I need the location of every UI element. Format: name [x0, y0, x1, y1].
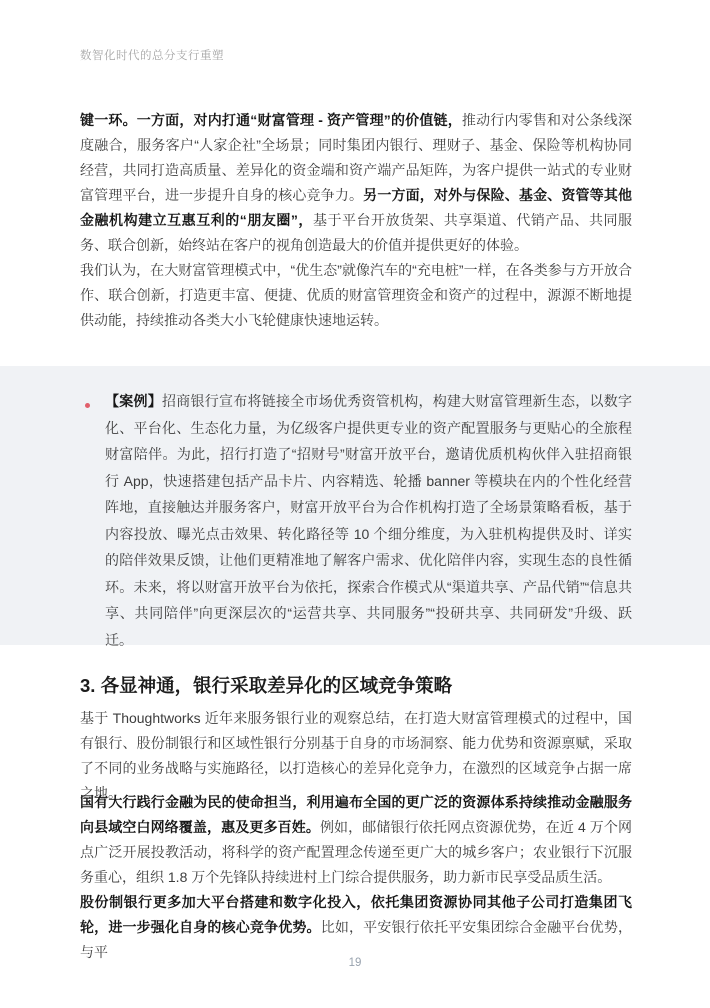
body-paragraph-2: 我们认为，在大财富管理模式中，“优生态”就像汽车的“充电桩”一样，在各类参与方开… [80, 258, 632, 333]
body-paragraph-4: 国有大行践行金融为民的使命担当，利用遍布全国的更广泛的资源体系持续推动金融服务向… [80, 790, 632, 890]
text-segment: 基于 Thoughtworks 近年来服务银行业的观察总结，在打造大财富管理模式… [80, 710, 632, 801]
case-study-callout-box: 【案例】招商银行宣布将链接全市场优秀资管机构，构建大财富管理新生态，以数字化、平… [0, 366, 710, 645]
body-paragraph-1: 键一环。一方面，对内打通“财富管理 - 资产管理”的价值链，推动行内零售和对公条… [80, 108, 632, 258]
text-segment: 我们认为，在大财富管理模式中，“优生态”就像汽车的“充电桩”一样，在各类参与方开… [80, 262, 632, 328]
text-segment: 键一环。一方面，对内打通“财富管理 - 资产管理”的价值链， [80, 112, 462, 128]
case-study-text: 【案例】招商银行宣布将链接全市场优秀资管机构，构建大财富管理新生态，以数字化、平… [105, 388, 632, 653]
body-paragraph-5: 股份制银行更多加大平台搭建和数字化投入，依托集团资源协同其他子公司打造集团飞轮，… [80, 890, 632, 965]
section-heading: 3. 各显神通，银行采取差异化的区域竞争策略 [80, 672, 640, 698]
text-segment: 【案例】 [105, 393, 162, 409]
document-page: 数智化时代的总分支行重塑 键一环。一方面，对内打通“财富管理 - 资产管理”的价… [0, 0, 710, 1008]
running-header-title: 数智化时代的总分支行重塑 [80, 47, 224, 63]
bullet-dot-icon [85, 403, 90, 408]
text-segment: 招商银行宣布将链接全市场优秀资管机构，构建大财富管理新生态，以数字化、平台化、生… [105, 393, 632, 648]
page-number: 19 [0, 957, 710, 969]
